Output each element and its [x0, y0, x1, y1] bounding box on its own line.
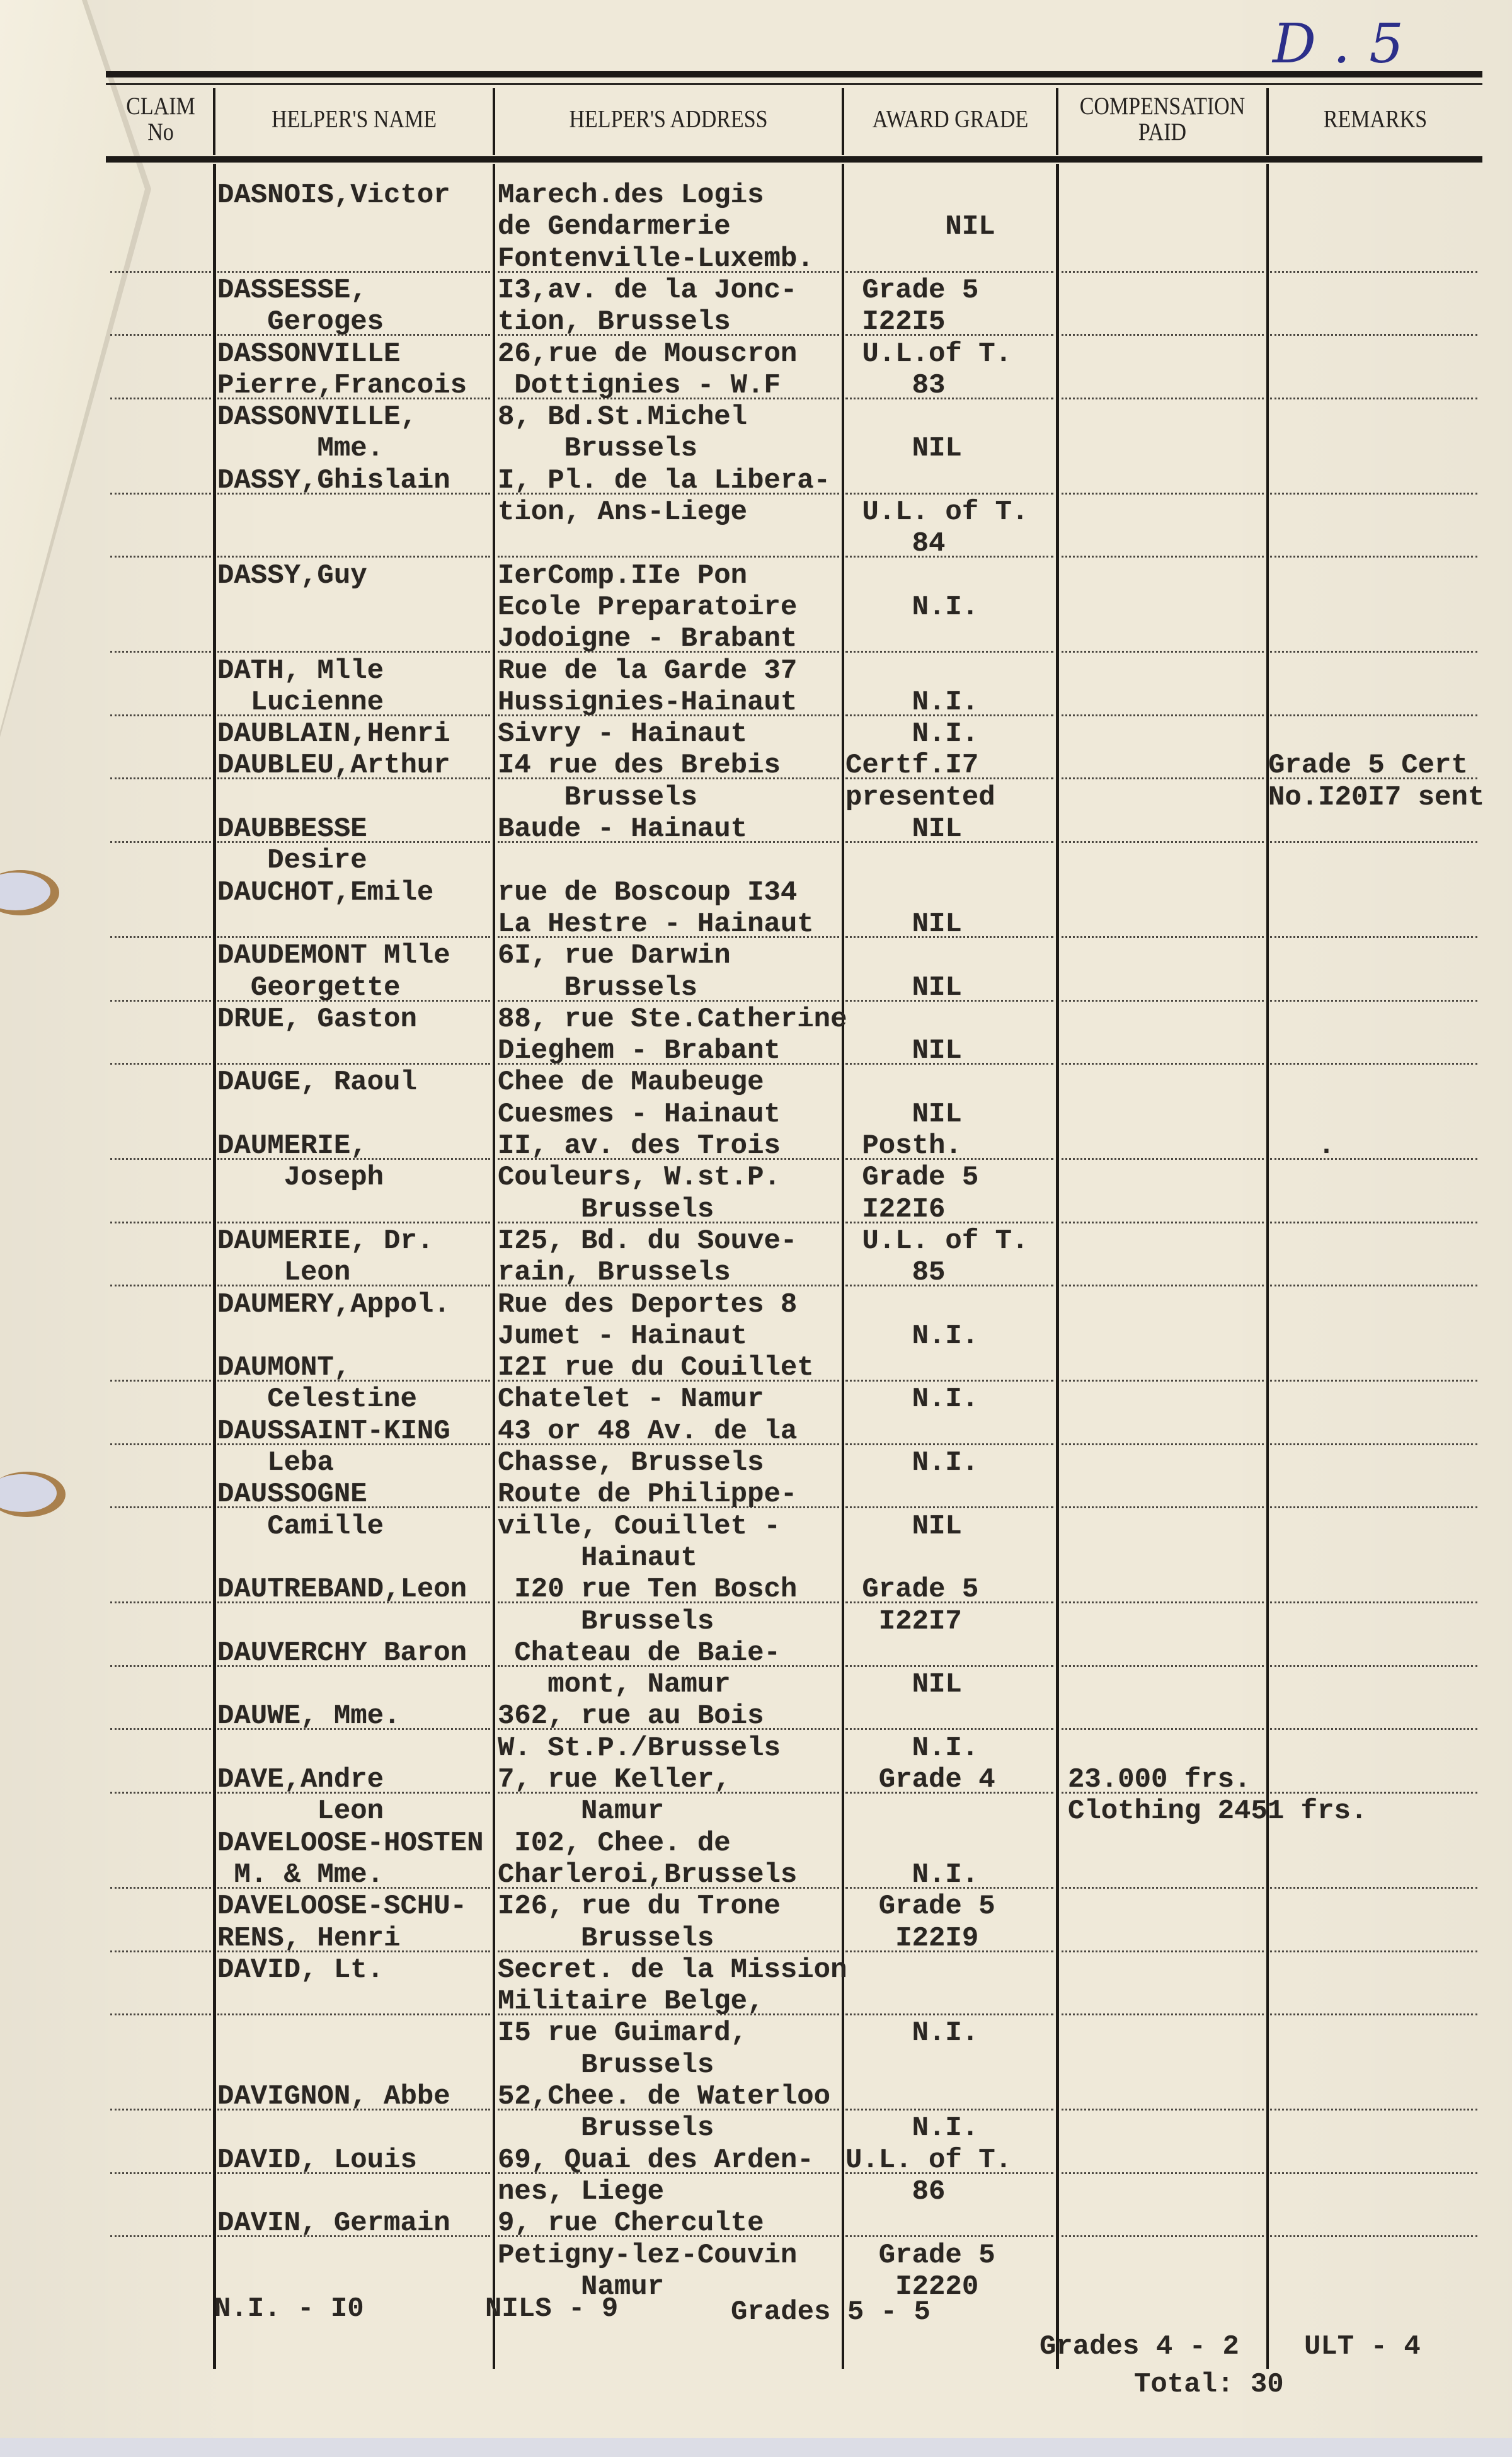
- dotted-guide: [1062, 2235, 1264, 2237]
- dotted-guide: [1062, 2013, 1264, 2015]
- dotted-guide: [217, 1222, 490, 1223]
- punch-hole-top: [0, 873, 50, 910]
- column-rule-award: [842, 164, 844, 2369]
- punch-hole-bottom: [0, 1474, 57, 1512]
- cell-award: I22I7: [845, 1606, 962, 1637]
- dotted-guide: [110, 1158, 211, 1160]
- cell-award: N.I.: [845, 718, 978, 750]
- dotted-guide: [1270, 1601, 1477, 1603]
- cell-award: Grade 5: [845, 2240, 995, 2271]
- cell-award: N.I.: [845, 592, 978, 623]
- cell-name: DASSONVILLE,: [217, 401, 417, 433]
- cell-address: I26, rue du Trone: [498, 1891, 781, 1922]
- cell-award: N.I.: [845, 1447, 978, 1479]
- cell-name: DASSESSE,: [217, 275, 367, 306]
- dotted-guide: [1062, 1285, 1264, 1286]
- dotted-guide: [1062, 714, 1264, 716]
- dotted-guide: [1062, 1158, 1264, 1160]
- dotted-guide: [1062, 777, 1264, 779]
- header-top-rule: [106, 71, 1482, 77]
- dotted-guide: [110, 1063, 211, 1065]
- cell-name: Georgette: [217, 972, 400, 1004]
- cell-address: I02, Chee. de: [498, 1828, 731, 1859]
- cell-address: 88, rue Ste.Catherine: [498, 1004, 847, 1035]
- dotted-guide: [845, 271, 1053, 273]
- cell-address: Petigny-lez-Couvin: [498, 2240, 797, 2271]
- cell-award: presented: [845, 782, 995, 813]
- grand-total: Total: 30: [1134, 2369, 1284, 2400]
- cell-name: Celestine: [217, 1383, 417, 1415]
- dotted-guide: [1270, 714, 1477, 716]
- cell-name: DAVIGNON, Abbe: [217, 2081, 450, 2112]
- dotted-guide: [1062, 493, 1264, 495]
- cell-address: Chatelet - Namur: [498, 1383, 764, 1415]
- dotted-guide: [1270, 1792, 1477, 1794]
- dotted-guide: [1062, 1063, 1264, 1065]
- cell-name: Desire: [217, 845, 367, 876]
- dotted-guide: [1062, 651, 1264, 653]
- header-bottom-rule: [106, 156, 1482, 163]
- cell-name: DAVELOOSE-SCHU-: [217, 1891, 467, 1922]
- cell-address: I20 rue Ten Bosch: [498, 1574, 797, 1605]
- cell-address: Hussignies-Hainaut: [498, 687, 797, 718]
- total-nils: NILS - 9: [485, 2293, 618, 2325]
- dotted-guide: [110, 1950, 211, 1952]
- dotted-guide: [217, 2013, 490, 2015]
- dotted-guide: [1270, 271, 1477, 273]
- total-grade4: Grades 4 - 2: [1039, 2331, 1239, 2362]
- dotted-guide: [1062, 1443, 1264, 1445]
- dotted-guide: [110, 2109, 211, 2110]
- cell-address: Fontenville-Luxemb.: [498, 243, 814, 275]
- dotted-guide: [845, 2109, 1053, 2110]
- cell-address: Rue de la Garde 37: [498, 655, 797, 687]
- cell-name: DASSONVILLE: [217, 338, 400, 370]
- dotted-guide: [845, 2013, 1053, 2015]
- cell-address: Route de Philippe-: [498, 1479, 797, 1510]
- dotted-guide: [1270, 1285, 1477, 1286]
- cell-address: Chee de Maubeuge: [498, 1067, 764, 1098]
- cell-award: N.I.: [845, 2112, 978, 2144]
- cell-address: I2I rue du Couillet: [498, 1352, 814, 1383]
- cell-address: Brussels: [498, 1923, 714, 1954]
- cell-name: DAUBLEU,Arthur: [217, 750, 450, 781]
- cell-name: DASSY,Guy: [217, 560, 367, 592]
- cell-award: NIL: [845, 211, 995, 243]
- cell-name: DAUTREBAND,Leon: [217, 1574, 467, 1605]
- header-helpers-address: HELPER'S ADDRESS: [495, 84, 842, 156]
- cell-name: Geroges: [217, 306, 384, 338]
- dotted-guide: [110, 334, 211, 336]
- cell-address: Secret. de la Mission: [498, 1954, 847, 1986]
- dotted-guide: [1270, 1665, 1477, 1667]
- cell-award: N.I.: [845, 1320, 978, 1352]
- cell-address: Militaire Belge,: [498, 1986, 764, 2017]
- cell-award: Grade 5: [845, 275, 978, 306]
- cell-name: Camille: [217, 1511, 384, 1542]
- cell-address: Brussels: [498, 2049, 714, 2081]
- dotted-guide: [1062, 556, 1264, 558]
- cell-award: Grade 4: [845, 1764, 995, 1795]
- cell-address: IerComp.IIe Pon: [498, 560, 747, 592]
- cell-address: I3,av. de la Jonc-: [498, 275, 797, 306]
- dotted-guide: [110, 1285, 211, 1286]
- dotted-guide: [110, 2235, 211, 2237]
- cell-address: I5 rue Guimard,: [498, 2017, 747, 2049]
- cell-award: U.L. of T.: [845, 2145, 1012, 2176]
- dotted-guide: [1062, 1728, 1264, 1730]
- cell-remarks: No.I20I7 sent: [1268, 782, 1484, 813]
- dotted-guide: [1270, 1380, 1477, 1382]
- cell-award: Grade 5: [845, 1574, 978, 1605]
- cell-award: Certf.I7: [845, 750, 978, 781]
- dotted-guide: [1270, 398, 1477, 399]
- cell-name: Leba: [217, 1447, 334, 1479]
- header-claim-no: CLAIM No: [107, 84, 214, 156]
- cell-name: DAUMERY,Appol.: [217, 1289, 450, 1320]
- cell-address: Dieghem - Brabant: [498, 1035, 781, 1067]
- dotted-guide: [1270, 1443, 1477, 1445]
- cell-award: N.I.: [845, 687, 978, 718]
- cell-name: DAVIN, Germain: [217, 2208, 450, 2239]
- dotted-guide: [1270, 1950, 1477, 1952]
- cell-award: I22I9: [845, 1923, 978, 1954]
- dotted-guide: [1270, 936, 1477, 938]
- cell-address: 69, Quai des Arden-: [498, 2145, 814, 2176]
- cell-award: NIL: [845, 813, 962, 845]
- dotted-guide: [110, 493, 211, 495]
- cell-award: Grade 5: [845, 1162, 978, 1193]
- cell-award: I22I5: [845, 306, 945, 338]
- cell-award: U.L. of T.: [845, 1225, 1028, 1257]
- dotted-guide: [217, 936, 490, 938]
- cell-address: de Gendarmerie: [498, 211, 731, 243]
- cell-award: N.I.: [845, 1383, 978, 1415]
- cell-award: NIL: [845, 1511, 962, 1542]
- dotted-guide: [110, 1728, 211, 1730]
- cell-award: NIL: [845, 908, 962, 940]
- cell-address: Charleroi,Brussels: [498, 1859, 797, 1891]
- cell-name: Lucienne: [217, 687, 384, 718]
- cell-address: Jumet - Hainaut: [498, 1320, 747, 1352]
- column-rule-remarks: [1266, 164, 1269, 2369]
- dotted-guide: [1270, 2013, 1477, 2015]
- cell-comp: Clothing 2451 frs.: [1068, 1795, 1367, 1827]
- cell-name: Leon: [217, 1795, 384, 1827]
- cell-award: 84: [845, 528, 945, 559]
- cell-address: 6I, rue Darwin: [498, 940, 731, 971]
- cell-award: I22I6: [845, 1194, 945, 1225]
- cell-address: Couleurs, W.st.P.: [498, 1162, 781, 1193]
- dotted-guide: [217, 271, 490, 273]
- total-grade5: Grades 5 - 5: [731, 2296, 931, 2328]
- cell-address: Chateau de Baie-: [498, 1637, 781, 1669]
- cell-name: DAUSSAINT-KING: [217, 1416, 450, 1447]
- cell-address: mont, Namur: [498, 1669, 731, 1700]
- cell-address: rain, Brussels: [498, 1257, 731, 1288]
- cell-address: Dottignies - W.F: [498, 370, 781, 401]
- dotted-guide: [845, 1506, 1053, 1508]
- column-rule-name: [213, 164, 216, 2369]
- dotted-guide: [1270, 841, 1477, 843]
- cell-comp: 23.000 frs.: [1068, 1764, 1251, 1795]
- dotted-guide: [110, 2013, 211, 2015]
- header-divider: [493, 88, 495, 155]
- cell-address: Rue des Deportes 8: [498, 1289, 797, 1320]
- cell-address: I4 rue des Brebis: [498, 750, 781, 781]
- cell-address: Jodoigne - Brabant: [498, 623, 797, 655]
- dotted-guide: [1062, 2172, 1264, 2174]
- cell-name: DAVE,Andre: [217, 1764, 384, 1795]
- dotted-guide: [110, 1380, 211, 1382]
- cell-name: DASNOIS,Victor: [217, 180, 450, 211]
- dotted-guide: [845, 1665, 1053, 1667]
- cell-name: Joseph: [217, 1162, 384, 1193]
- cell-award: N.I.: [845, 2017, 978, 2049]
- cell-address: 43 or 48 Av. de la: [498, 1416, 797, 1447]
- header-divider: [1266, 88, 1269, 155]
- dotted-guide: [110, 777, 211, 779]
- cell-name: M. & Mme.: [217, 1859, 384, 1891]
- cell-address: II, av. des Trois: [498, 1130, 781, 1162]
- cell-award: NIL: [845, 1669, 962, 1700]
- cell-name: DAUVERCHY Baron: [217, 1637, 467, 1669]
- dotted-guide: [845, 493, 1053, 495]
- cell-award: 83: [845, 370, 945, 401]
- dotted-guide: [1062, 1506, 1264, 1508]
- cell-address: 9, rue Cherculte: [498, 2208, 764, 2239]
- cell-name: DAUDEMONT Mlle: [217, 940, 450, 971]
- cell-address: Sivry - Hainaut: [498, 718, 747, 750]
- header-award-grade: AWARD GRADE: [844, 84, 1057, 156]
- cell-name: DAUBBESSE: [217, 813, 367, 845]
- dotted-guide: [1062, 1665, 1264, 1667]
- cell-name: DAVELOOSE-HOSTEN: [217, 1828, 483, 1859]
- cell-name: DAUSSOGNE: [217, 1479, 367, 1510]
- cell-address: tion, Brussels: [498, 306, 731, 338]
- cell-name: DASSY,Ghislain: [217, 465, 450, 496]
- cell-address: I25, Bd. du Souve-: [498, 1225, 797, 1257]
- cell-name: DRUE, Gaston: [217, 1004, 417, 1035]
- cell-award: U.L. of T.: [845, 496, 1028, 528]
- cell-address: La Hestre - Hainaut: [498, 908, 814, 940]
- cell-name: DAUWE, Mme.: [217, 1700, 400, 1732]
- dotted-guide: [217, 651, 490, 653]
- cell-address: Brussels: [498, 1194, 714, 1225]
- dotted-guide: [110, 1665, 211, 1667]
- cell-name: Mme.: [217, 433, 384, 464]
- dotted-guide: [110, 1506, 211, 1508]
- dotted-guide: [110, 1601, 211, 1603]
- header-divider: [842, 88, 844, 155]
- dotted-guide: [217, 1063, 490, 1065]
- cell-name: Leon: [217, 1257, 350, 1288]
- dotted-guide: [845, 651, 1053, 653]
- cell-address: 52,Chee. de Waterloo: [498, 2081, 830, 2112]
- cell-award: U.L.of T.: [845, 338, 1012, 370]
- cell-address: Brussels: [498, 2112, 714, 2144]
- cell-address: I, Pl. de la Libera-: [498, 465, 830, 496]
- dotted-guide: [110, 1000, 211, 1002]
- dotted-guide: [217, 556, 490, 558]
- dotted-guide: [1270, 1222, 1477, 1223]
- header-divider: [1056, 88, 1058, 155]
- cell-address: tion, Ans-Liege: [498, 496, 747, 528]
- cell-award: 86: [845, 2176, 945, 2208]
- dotted-guide: [110, 936, 211, 938]
- cell-award: NIL: [845, 972, 962, 1004]
- dotted-guide: [1062, 334, 1264, 336]
- header-remarks: REMARKS: [1268, 84, 1482, 156]
- cell-name: DAUGE, Raoul: [217, 1067, 417, 1098]
- cell-address: 362, rue au Bois: [498, 1700, 764, 1732]
- dotted-guide: [1270, 334, 1477, 336]
- column-rule-address: [493, 164, 495, 2369]
- header-compensation-paid: COMPENSATION PAID: [1058, 84, 1266, 156]
- dotted-guide: [110, 398, 211, 399]
- cell-address: rue de Boscoup I34: [498, 877, 797, 908]
- cell-address: Namur: [498, 1795, 664, 1827]
- dotted-guide: [110, 1887, 211, 1889]
- cell-name: DAUCHOT,Emile: [217, 877, 433, 908]
- cell-name: DAVID, Louis: [217, 2145, 417, 2176]
- cell-award: 85: [845, 1257, 945, 1288]
- dotted-guide: [1270, 1728, 1477, 1730]
- cell-address: Brussels: [498, 782, 697, 813]
- cell-name: DAUBLAIN,Henri: [217, 718, 450, 750]
- cell-address: Chasse, Brussels: [498, 1447, 764, 1479]
- dotted-guide: [1062, 271, 1264, 273]
- dotted-guide: [1270, 1063, 1477, 1065]
- cell-address: Brussels: [498, 1606, 714, 1637]
- cell-address: Baude - Hainaut: [498, 813, 747, 845]
- dotted-guide: [110, 651, 211, 653]
- cell-award: N.I.: [845, 1732, 978, 1764]
- dotted-guide: [1062, 936, 1264, 938]
- dotted-guide: [110, 1792, 211, 1794]
- dotted-guide: [1062, 1000, 1264, 1002]
- cell-remarks: Grade 5 Cert: [1268, 750, 1468, 781]
- dotted-guide: [110, 2172, 211, 2174]
- dotted-guide: [845, 1380, 1053, 1382]
- total-ni: N.I. - I0: [214, 2293, 364, 2325]
- cell-remarks: .: [1268, 1130, 1335, 1162]
- handwritten-page-mark: D.5: [1273, 13, 1423, 76]
- dotted-guide: [110, 556, 211, 558]
- cell-address: Marech.des Logis: [498, 180, 764, 211]
- dotted-guide: [845, 1728, 1053, 1730]
- cell-address: Brussels: [498, 433, 697, 464]
- dotted-guide: [1062, 398, 1264, 399]
- dotted-guide: [1270, 1000, 1477, 1002]
- cell-address: ville, Couillet -: [498, 1511, 781, 1542]
- cell-address: 8, Bd.St.Michel: [498, 401, 747, 433]
- column-rule-compensation: [1056, 164, 1059, 2369]
- dotted-guide: [110, 1443, 211, 1445]
- dotted-guide: [1270, 493, 1477, 495]
- cell-address: 7, rue Keller,: [498, 1764, 731, 1795]
- dotted-guide: [1270, 1887, 1477, 1889]
- cell-address: Cuesmes - Hainaut: [498, 1099, 781, 1130]
- dotted-guide: [1062, 1380, 1264, 1382]
- dotted-guide: [1062, 1601, 1264, 1603]
- dotted-guide: [1270, 556, 1477, 558]
- dotted-guide: [110, 1222, 211, 1223]
- cell-name: Pierre,Francois: [217, 370, 467, 401]
- cell-address: Ecole Preparatoire: [498, 592, 797, 623]
- dotted-guide: [110, 714, 211, 716]
- cell-name: DAUMONT,: [217, 1352, 350, 1383]
- cell-name: DATH, Mlle: [217, 655, 384, 687]
- dotted-guide: [498, 556, 839, 558]
- cell-address: 26,rue de Mouscron: [498, 338, 797, 370]
- cell-award: N.I.: [845, 1859, 978, 1891]
- document-page: D.5 CLAIM No HELPER'S NAME HELPER'S ADDR…: [0, 0, 1512, 2438]
- dotted-guide: [1270, 1506, 1477, 1508]
- dotted-guide: [845, 1443, 1053, 1445]
- cell-address: Hainaut: [498, 1542, 697, 1574]
- dotted-guide: [1062, 841, 1264, 843]
- cell-award: NIL: [845, 1035, 962, 1067]
- cell-address: W. St.P./Brussels: [498, 1732, 781, 1764]
- dotted-guide: [1270, 651, 1477, 653]
- cell-address: Brussels: [498, 972, 697, 1004]
- cell-name: DAUMERIE, Dr.: [217, 1225, 433, 1257]
- dotted-guide: [845, 2235, 1053, 2237]
- dotted-guide: [1062, 1887, 1264, 1889]
- dotted-guide: [110, 271, 211, 273]
- dotted-guide: [1270, 2235, 1477, 2237]
- dotted-guide: [1062, 2109, 1264, 2110]
- cell-award: Grade 5: [845, 1891, 995, 1922]
- cell-address: nes, Liege: [498, 2176, 664, 2208]
- dotted-guide: [1062, 1222, 1264, 1223]
- cell-award: NIL: [845, 433, 962, 464]
- cell-award: NIL: [845, 1099, 962, 1130]
- cell-name: RENS, Henri: [217, 1923, 400, 1954]
- header-divider: [213, 88, 215, 155]
- dotted-guide: [1270, 2172, 1477, 2174]
- cell-award: Posth.: [845, 1130, 962, 1162]
- dotted-guide: [1270, 2109, 1477, 2110]
- header-helpers-name: HELPER'S NAME: [215, 84, 493, 156]
- cell-name: DAUMERIE,: [217, 1130, 367, 1162]
- total-ult: ULT - 4: [1304, 2331, 1421, 2362]
- cell-name: DAVID, Lt.: [217, 1954, 384, 1986]
- dotted-guide: [1062, 1950, 1264, 1952]
- dotted-guide: [110, 841, 211, 843]
